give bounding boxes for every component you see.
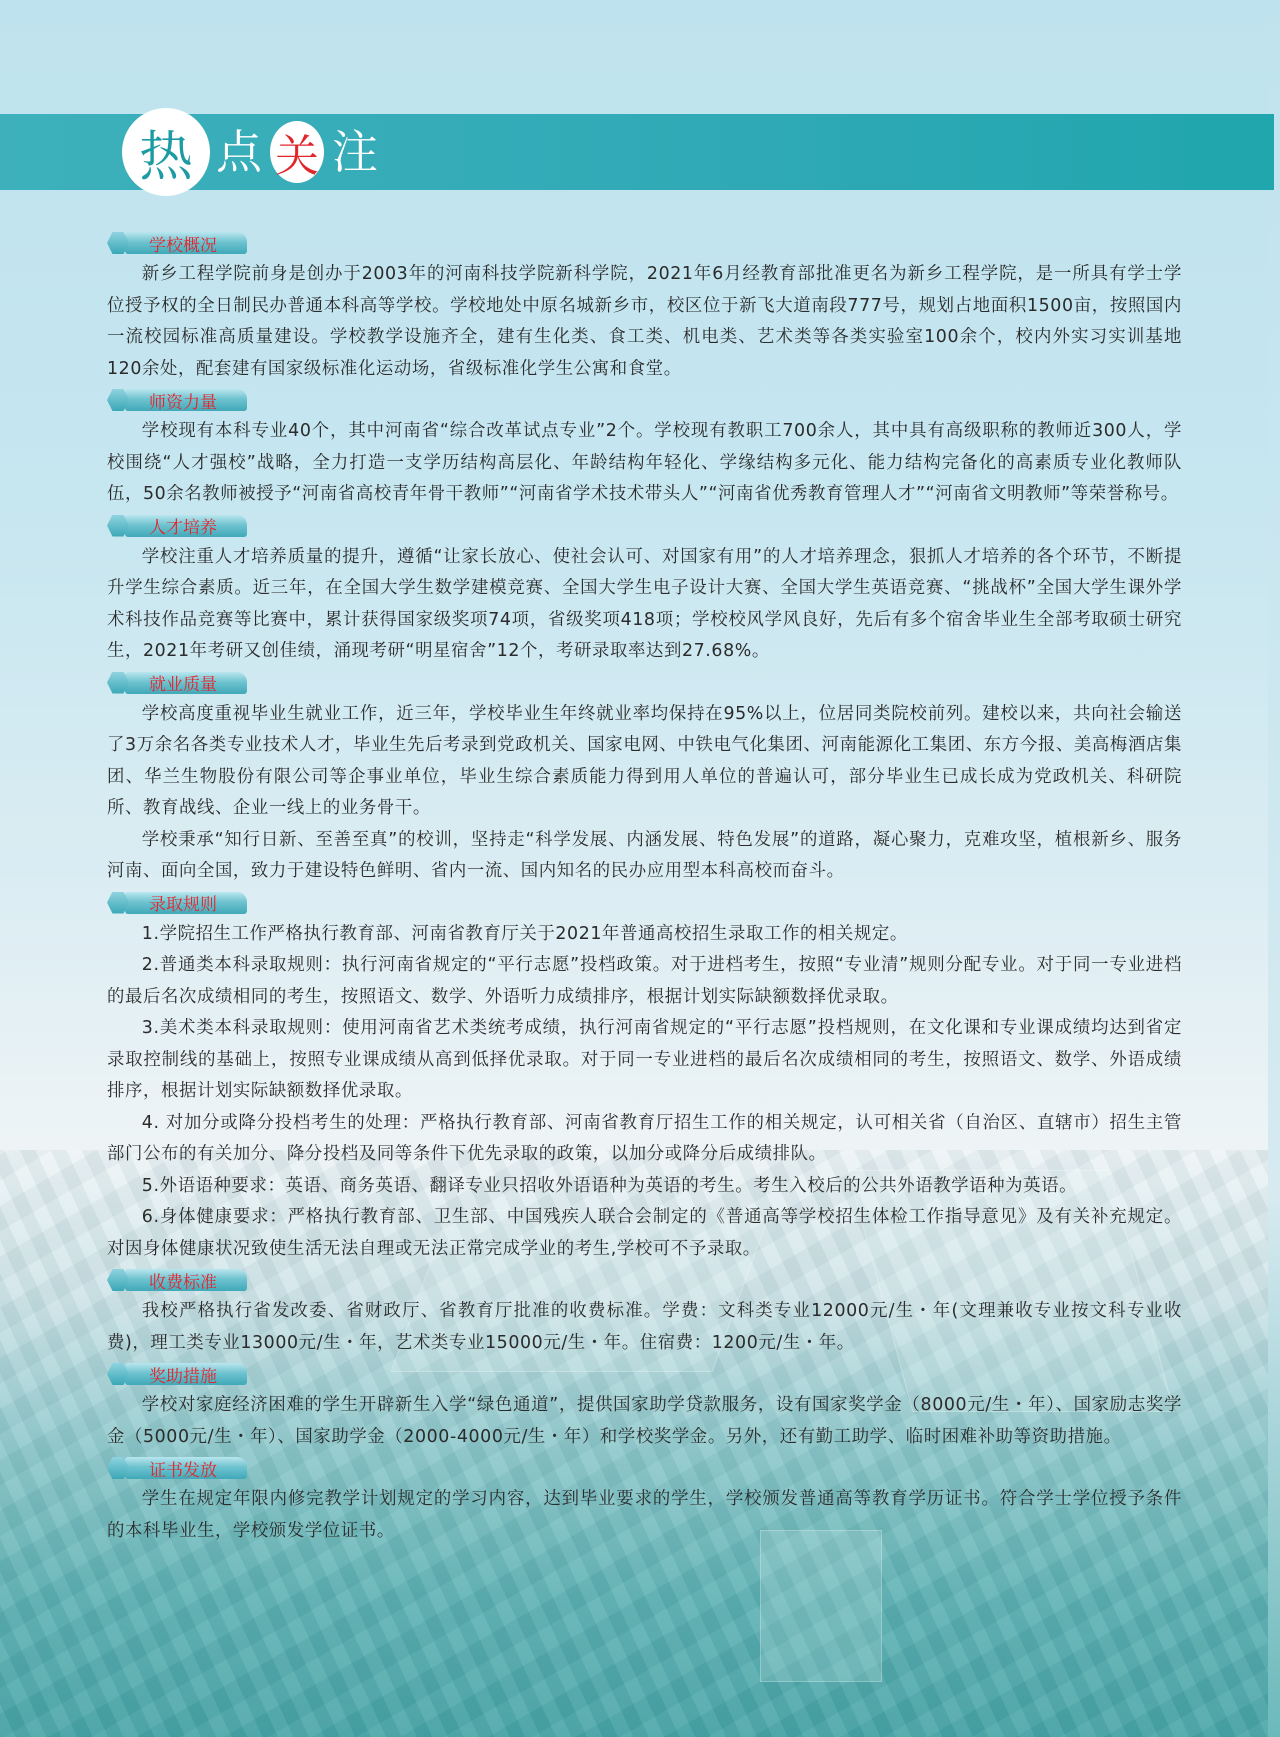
paragraph: 学校秉承“知行日新、至善至真”的校训，坚持走“科学发展、内涵发展、特色发展”的道… (107, 825, 1182, 888)
section-title: 就业质量 (125, 672, 247, 694)
article-content: 学校概况 新乡工程学院前身是创办于2003年的河南科技学院新科学院，2021年6… (107, 230, 1182, 1549)
page-title: 热 点 关 注 (122, 104, 384, 200)
section-title: 证书发放 (125, 1457, 247, 1479)
section-title: 师资力量 (125, 389, 247, 411)
section-label: 师资力量 (107, 387, 1182, 413)
section-title: 收费标准 (125, 1269, 247, 1291)
title-char: 点 (216, 129, 262, 175)
paragraph: 学生在规定年限内修完教学计划规定的学习内容，达到毕业要求的学生，学校颁发普通高等… (107, 1484, 1182, 1547)
paragraph: 学校现有本科专业40个，其中河南省“综合改革试点专业”2个。学校现有教职工700… (107, 416, 1182, 511)
section-title: 学校概况 (125, 232, 247, 254)
section-label: 收费标准 (107, 1267, 1182, 1293)
section-title: 录取规则 (125, 892, 247, 914)
rule-item: 6.身体健康要求：严格执行教育部、卫生部、中国残疾人联合会制定的《普通高等学校招… (107, 1202, 1182, 1265)
section-label: 录取规则 (107, 890, 1182, 916)
rule-item: 5.外语语种要求：英语、商务英语、翻译专业只招收外语语种为英语的考生。考生入校后… (107, 1171, 1182, 1203)
paragraph: 新乡工程学院前身是创办于2003年的河南科技学院新科学院，2021年6月经教育部… (107, 259, 1182, 385)
section-admission-rules: 录取规则 1.学院招生工作严格执行教育部、河南省教育厅关于2021年普通高校招生… (107, 890, 1182, 1266)
building-shape (760, 1530, 882, 1682)
section-label: 学校概况 (107, 230, 1182, 256)
section-label: 证书发放 (107, 1455, 1182, 1481)
rule-item: 4. 对加分或降分投档考生的处理：严格执行教育部、河南省教育厅招生工作的相关规定… (107, 1108, 1182, 1171)
title-char-circle: 热 (122, 108, 210, 196)
title-char-circle: 关 (270, 121, 324, 183)
section-title: 奖助措施 (125, 1363, 247, 1385)
section-certificates: 证书发放 学生在规定年限内修完教学计划规定的学习内容，达到毕业要求的学生，学校颁… (107, 1455, 1182, 1547)
section-label: 奖助措施 (107, 1361, 1182, 1387)
section-label: 就业质量 (107, 670, 1182, 696)
title-char: 关 (275, 120, 319, 184)
section-school-overview: 学校概况 新乡工程学院前身是创办于2003年的河南科技学院新科学院，2021年6… (107, 230, 1182, 385)
rule-item: 2.普通类本科录取规则：执行河南省规定的“平行志愿”投档政策。对于进档考生，按照… (107, 950, 1182, 1013)
paragraph: 我校严格执行省发改委、省财政厅、省教育厅批准的收费标准。学费：文科类专业1200… (107, 1296, 1182, 1359)
rule-item: 1.学院招生工作严格执行教育部、河南省教育厅关于2021年普通高校招生录取工作的… (107, 919, 1182, 951)
title-char: 热 (139, 114, 193, 191)
section-talent-cultivation: 人才培养 学校注重人才培养质量的提升，遵循“让家长放心、使社会认可、对国家有用”… (107, 513, 1182, 668)
section-financial-aid: 奖助措施 学校对家庭经济困难的学生开辟新生入学“绿色通道”，提供国家助学贷款服务… (107, 1361, 1182, 1453)
title-char: 注 (332, 129, 378, 175)
rule-item: 3.美术类本科录取规则：使用河南省艺术类统考成绩，执行河南省规定的“平行志愿”投… (107, 1013, 1182, 1108)
paragraph: 学校对家庭经济困难的学生开辟新生入学“绿色通道”，提供国家助学贷款服务，设有国家… (107, 1390, 1182, 1453)
section-label: 人才培养 (107, 513, 1182, 539)
section-faculty: 师资力量 学校现有本科专业40个，其中河南省“综合改革试点专业”2个。学校现有教… (107, 387, 1182, 511)
section-employment: 就业质量 学校高度重视毕业生就业工作，近三年，学校毕业生年终就业率均保持在95%… (107, 670, 1182, 888)
section-title: 人才培养 (125, 515, 247, 537)
section-fees: 收费标准 我校严格执行省发改委、省财政厅、省教育厅批准的收费标准。学费：文科类专… (107, 1267, 1182, 1359)
page-edge (1268, 0, 1280, 1737)
paragraph: 学校高度重视毕业生就业工作，近三年，学校毕业生年终就业率均保持在95%以上，位居… (107, 699, 1182, 825)
paragraph: 学校注重人才培养质量的提升，遵循“让家长放心、使社会认可、对国家有用”的人才培养… (107, 542, 1182, 668)
